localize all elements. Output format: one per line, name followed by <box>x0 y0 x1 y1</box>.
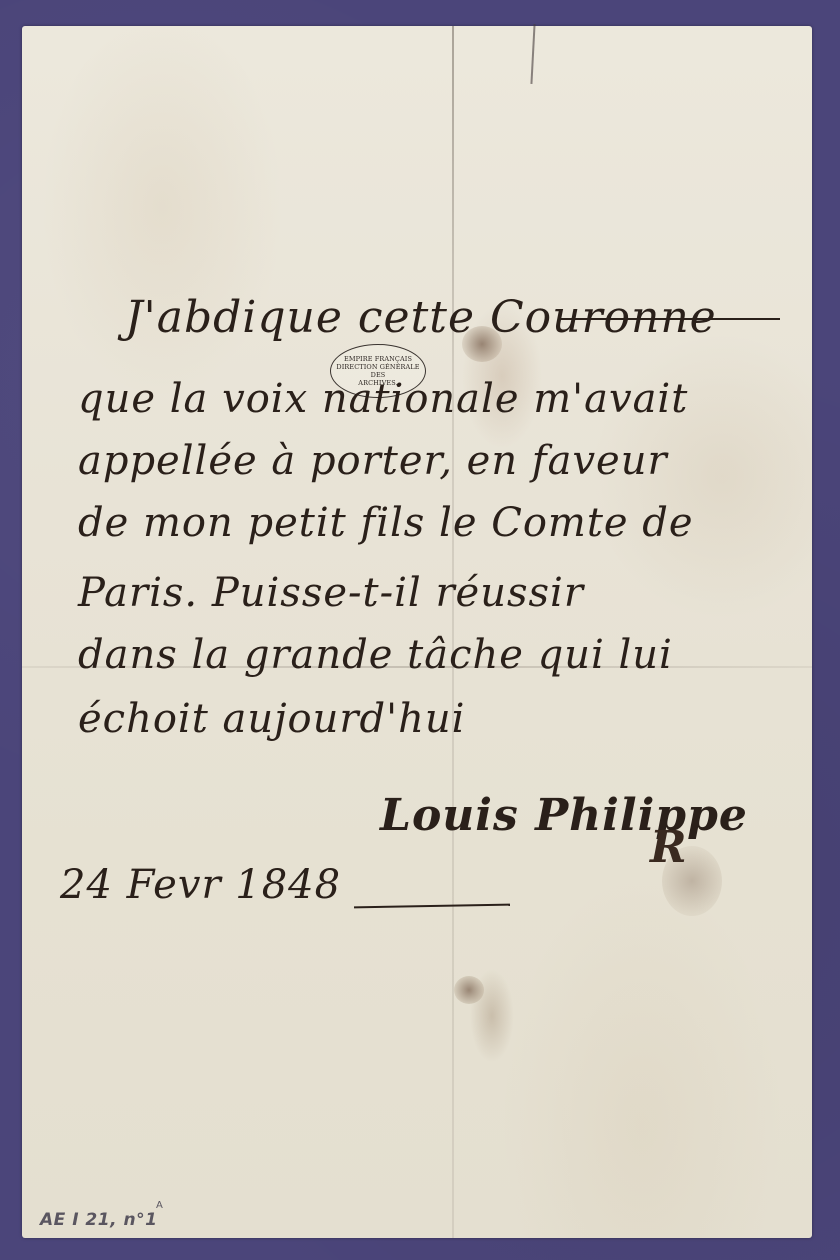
text-line: de mon petit fils le Comte de <box>78 500 694 546</box>
archive-reference: AE I 21, n°1 <box>40 1210 157 1230</box>
text-line: échoit aujourd'hui <box>78 696 465 742</box>
text-line: appellée à porter, en faveur <box>78 438 668 484</box>
flourish-rule <box>560 318 780 320</box>
date: 24 Fevr 1848 <box>60 862 341 908</box>
signature-paraph: R <box>650 822 688 873</box>
archive-reference-superscript: A <box>156 1200 163 1211</box>
text-line: Paris. Puisse-t-il réussir <box>78 570 584 616</box>
date-underline <box>354 904 510 909</box>
text-line: que la voix nationale m'avait <box>78 376 688 422</box>
text-line: dans la grande tâche qui lui <box>78 632 673 678</box>
handwritten-text: J'abdique cette Couronne que la voix nat… <box>0 0 840 1260</box>
signature: Louis Philippe <box>380 790 748 841</box>
